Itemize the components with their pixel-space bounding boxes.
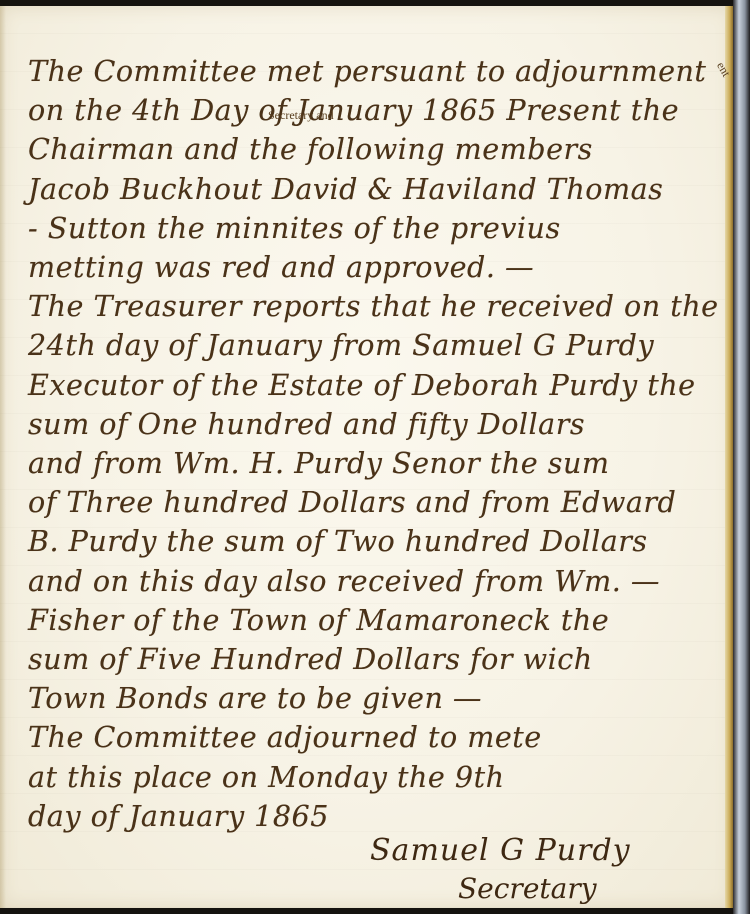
line-14: and on this day also received from Wm. — <box>28 562 718 601</box>
line-9: Executor of the Estate of Deborah Purdy … <box>28 366 718 405</box>
line-6: metting was red and approved. — <box>28 248 718 287</box>
line-1: The Committee met persuant to adjournmen… <box>28 52 718 91</box>
line-13: B. Purdy the sum of Two hundred Dollars <box>28 522 718 561</box>
book-cover-edge <box>733 0 750 914</box>
line-17: Town Bonds are to be given — <box>28 679 718 718</box>
line-2: on the 4th Day of January 1865 Present t… <box>28 91 718 130</box>
line-16: sum of Five Hundred Dollars for wich <box>28 640 718 679</box>
line-7: The Treasurer reports that he received o… <box>28 287 718 326</box>
line-15: Fisher of the Town of Mamaroneck the <box>28 601 718 640</box>
signature-name: Samuel G Purdy <box>370 833 631 868</box>
line-4: Jacob Buckhout David & Haviland Thomas <box>28 170 718 209</box>
line-11: and from Wm. H. Purdy Senor the sum <box>28 444 718 483</box>
line-8: 24th day of January from Samuel G Purdy <box>28 326 718 365</box>
scan-frame: The Committee met persuant to adjournmen… <box>0 0 750 914</box>
line-3: Chairman and the following members <box>28 130 718 169</box>
line-5: - Sutton the minnites of the previus <box>28 209 718 248</box>
signature-title: Secretary <box>458 872 597 905</box>
minutes-text: The Committee met persuant to adjournmen… <box>28 52 728 836</box>
line-20: day of January 1865 <box>28 797 718 836</box>
insertion-secretary: Secretary and <box>268 108 334 123</box>
line-10: sum of One hundred and fifty Dollars <box>28 405 718 444</box>
line-19: at this place on Monday the 9th <box>28 758 718 797</box>
page-left-edge <box>0 6 6 908</box>
line-12: of Three hundred Dollars and from Edward <box>28 483 718 522</box>
line-18: The Committee adjourned to mete <box>28 718 718 757</box>
